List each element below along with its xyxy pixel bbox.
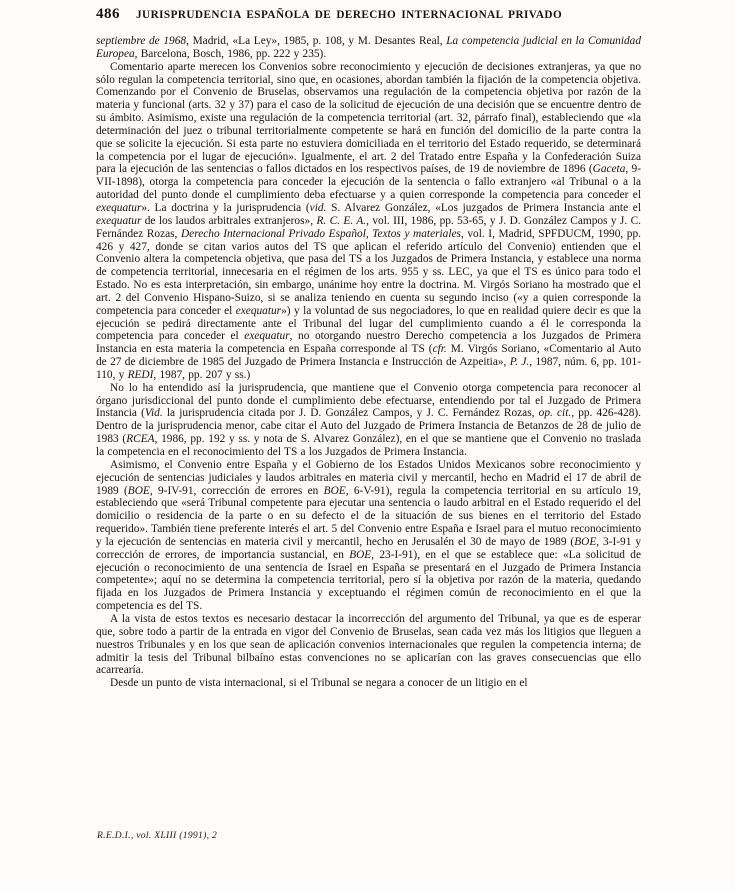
- italic-text-run: Vid.: [145, 407, 163, 419]
- italic-text-run: cfr.: [433, 343, 447, 355]
- text-run: , vol. I, Madrid, SPFDUCM, 1990, pp. 426…: [96, 228, 641, 317]
- page-header: 486 JURISPRUDENCIA ESPAÑOLA DE DERECHO I…: [96, 6, 643, 23]
- italic-text-run: RCEA: [126, 433, 154, 445]
- page-number: 486: [96, 6, 120, 23]
- italic-text-run: R. C. E. A.: [316, 215, 366, 227]
- italic-text-run: vid.: [310, 202, 327, 214]
- italic-text-run: exequatur: [244, 330, 289, 342]
- italic-text-run: op. cit.: [539, 407, 572, 419]
- italic-text-run: BOE: [128, 485, 150, 497]
- italic-text-run: exequatur: [236, 305, 281, 317]
- italic-text-run: BOE: [574, 536, 596, 548]
- scanned-journal-page: 486 JURISPRUDENCIA ESPAÑOLA DE DERECHO I…: [0, 0, 735, 892]
- italic-text-run: exequatur: [96, 215, 141, 227]
- italic-text-run: P. J.: [510, 356, 530, 368]
- italic-text-run: BOE: [349, 549, 371, 561]
- page-footer: R.E.D.I., vol. XLIII (1991), 2: [97, 830, 217, 841]
- text-run: Desde un punto de vista internacional, s…: [110, 677, 528, 689]
- paragraph: A la vista de estos textos es necesario …: [96, 613, 641, 677]
- article-body: septiembre de 1968, Madrid, «La Ley», 19…: [96, 35, 641, 690]
- italic-text-run: exequatur: [96, 202, 141, 214]
- running-title: JURISPRUDENCIA ESPAÑOLA DE DERECHO INTER…: [136, 9, 562, 21]
- text-run: , Madrid, «La Ley», 1985, p. 108, y M. D…: [186, 35, 446, 47]
- text-run: , 9-IV-91, corrección de errores en: [150, 485, 324, 497]
- italic-text-run: Derecho Internacional Privado Español, T…: [181, 228, 461, 240]
- text-run: ». La doctrina y la jurisprudencia (: [141, 202, 309, 214]
- text-run: A la vista de estos textos es necesario …: [96, 613, 641, 676]
- italic-text-run: septiembre de 1968: [96, 35, 186, 47]
- text-run: S. Alvarez González, «Los juzgados de Pr…: [326, 202, 641, 214]
- italic-text-run: BOE: [324, 485, 346, 497]
- paragraph: Comentario aparte merecen los Convenios …: [96, 61, 641, 382]
- paragraph: Asimismo, el Convenio entre España y el …: [96, 459, 641, 613]
- italic-text-run: Gaceta: [593, 163, 626, 175]
- text-run: de los laudos arbitrales extranjeros»,: [141, 215, 316, 227]
- text-run: Comentario aparte merecen los Convenios …: [96, 61, 641, 176]
- paragraph: No lo ha entendido así la jurisprudencia…: [96, 382, 641, 459]
- volume-citation: R.E.D.I., vol. XLIII (1991), 2: [97, 830, 217, 841]
- paragraph: septiembre de 1968, Madrid, «La Ley», 19…: [96, 35, 641, 61]
- italic-text-run: REDI: [128, 369, 154, 381]
- text-run: , 1987, pp. 207 y ss.): [153, 369, 250, 381]
- text-run: la jurisprudencia citada por J. D. Gonzá…: [163, 407, 539, 419]
- text-run: , Barcelona, Bosch, 1986, pp. 222 y 235)…: [135, 48, 327, 60]
- text-run: , 1986, pp. 192 y ss. y nota de S. Alvar…: [96, 433, 641, 458]
- paragraph: Desde un punto de vista internacional, s…: [96, 677, 641, 690]
